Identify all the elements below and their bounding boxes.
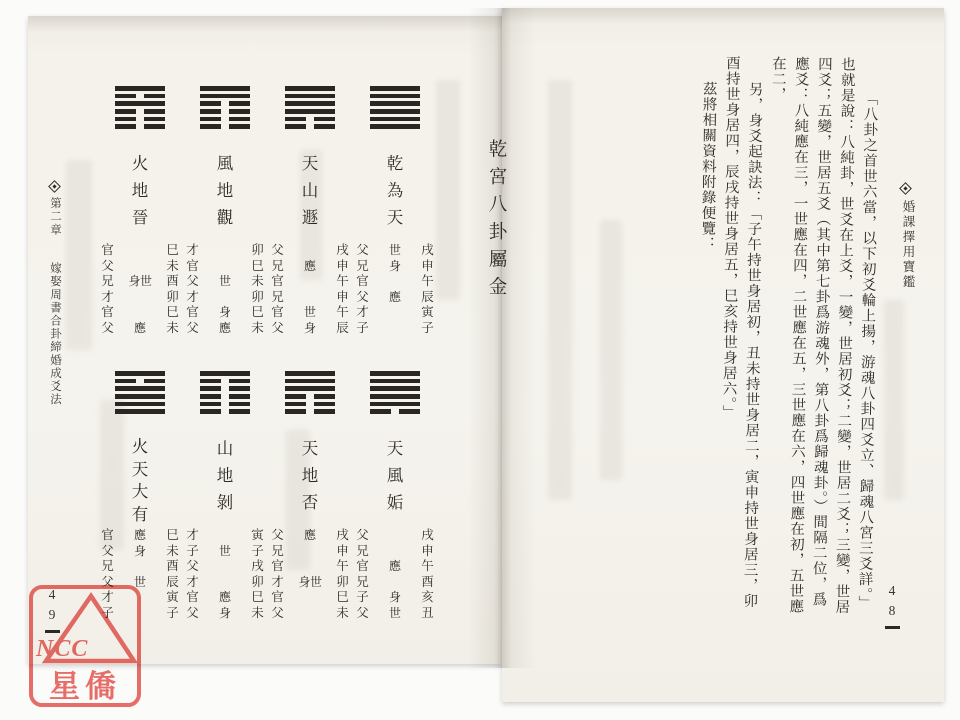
hexagram-group: 父兄官父才子 乾為天 世身應 戌申午辰寅子 — [352, 86, 438, 337]
slot — [213, 528, 237, 544]
yang-line — [285, 386, 335, 391]
yang-line — [285, 86, 335, 91]
slot: 身 — [298, 321, 322, 337]
hexagram-name: 天風姤 — [383, 436, 407, 528]
slot — [383, 305, 407, 321]
markers-column: 應身世 — [298, 528, 322, 622]
yang-line — [200, 371, 250, 376]
name-and-markers: 風地觀 世身應 — [213, 151, 237, 337]
yin-line — [285, 402, 335, 407]
yin-line — [200, 117, 250, 122]
markers-column: 世應身 — [213, 528, 237, 622]
name-char: 地 — [298, 463, 322, 490]
slot: 父 — [185, 274, 200, 290]
hexagram-group: 父兄官才官父 天地否 應身世 戌申午卯巳未 — [267, 371, 353, 622]
slot: 酉 — [420, 575, 435, 591]
yin-line — [370, 409, 420, 414]
yin-line — [115, 94, 165, 99]
yang-line — [370, 379, 420, 384]
name-char: 風 — [213, 151, 237, 178]
slot: 未 — [165, 544, 180, 560]
slot: 應 — [213, 590, 237, 606]
name-char: 有 — [128, 504, 152, 527]
slot: 兄 — [100, 274, 115, 290]
name-and-markers: 天風姤 應身世 — [383, 436, 407, 622]
slot: 官 — [100, 528, 115, 544]
hexagram-symbol — [370, 371, 420, 414]
slot: 子 — [165, 606, 180, 622]
yang-line — [115, 409, 165, 414]
yang-line — [370, 124, 420, 129]
name-and-markers: 天山遯 應世身 — [298, 151, 322, 337]
slot: 兄 — [355, 544, 370, 560]
name-char: 晉 — [128, 205, 152, 232]
slot: 戌 — [335, 528, 350, 544]
slot: 才 — [100, 290, 115, 306]
ink-bleed — [548, 80, 572, 500]
slot: 官 — [270, 274, 285, 290]
relatives-column: 父兄官兄子父 — [355, 436, 370, 622]
slot: 官 — [270, 590, 285, 606]
slot: 父 — [270, 528, 285, 544]
slot: 父 — [100, 544, 115, 560]
slot: 子 — [185, 544, 200, 560]
name-char: 風 — [383, 463, 407, 490]
ink-bleed — [600, 220, 622, 480]
book-gutter — [468, 8, 536, 668]
slot: 官 — [100, 243, 115, 259]
slot: 應 — [383, 559, 407, 575]
slot: 未 — [335, 606, 350, 622]
name-char: 乾 — [383, 151, 407, 178]
slot — [298, 290, 322, 306]
yang-line — [200, 94, 250, 99]
yin-line — [285, 394, 335, 399]
hexagram-detail: 父兄官兄官父 天山遯 應世身 戌申午申午辰 — [267, 151, 353, 337]
hexagram-symbol — [370, 86, 420, 129]
slot: 辰 — [420, 290, 435, 306]
slot: 父 — [355, 243, 370, 259]
yang-line — [285, 101, 335, 106]
yang-line — [115, 394, 165, 399]
branches-column: 戌申午辰寅子 — [420, 151, 435, 337]
slot: 應 — [128, 321, 152, 337]
name-char: 遯 — [298, 205, 322, 232]
slot: 官 — [100, 305, 115, 321]
digit: 4 — [884, 581, 900, 601]
slot — [383, 528, 407, 544]
stamp-text-ncc: NCC — [36, 636, 88, 663]
slot — [298, 544, 322, 560]
slot: 申 — [420, 259, 435, 275]
hexagram-name: 山地剝 — [213, 436, 237, 528]
relatives-column: 官父兄才官父 — [100, 151, 115, 337]
slot — [128, 290, 152, 306]
branches-column: 戌申午申午辰 — [335, 151, 350, 337]
slot: 身 — [128, 544, 152, 560]
slot: 身世 — [298, 575, 322, 591]
slot: 官 — [355, 274, 370, 290]
yang-line — [115, 402, 165, 407]
yin-line — [200, 386, 250, 391]
slot: 兄 — [100, 559, 115, 575]
name-char: 否 — [298, 490, 322, 517]
slot: 未 — [165, 259, 180, 275]
yang-line — [285, 379, 335, 384]
yang-line — [285, 94, 335, 99]
branches-column: 巳未酉辰寅子 — [165, 436, 180, 622]
name-char: 天 — [298, 151, 322, 178]
book-title: 婚課擇用寶鑑 — [899, 200, 917, 290]
slot: 父 — [270, 606, 285, 622]
yang-line — [115, 101, 165, 106]
slot: 兄 — [270, 290, 285, 306]
slot: 兄 — [270, 544, 285, 560]
hexagram-symbol — [115, 371, 165, 414]
slot: 才 — [185, 243, 200, 259]
slot: 兄 — [355, 575, 370, 591]
slot: 父 — [100, 321, 115, 337]
diamond-icon — [899, 182, 912, 195]
slot: 辰 — [335, 321, 350, 337]
yang-line — [370, 101, 420, 106]
name-char: 山 — [213, 436, 237, 463]
hexagram-symbol — [285, 371, 335, 414]
publisher-stamp: NCC 星僑 — [29, 585, 141, 707]
slot: 才 — [355, 305, 370, 321]
yin-line — [285, 124, 335, 129]
hexagram-symbol — [285, 86, 335, 129]
branches-column: 寅子戌卯巳未 — [250, 436, 265, 622]
slot: 申 — [420, 544, 435, 560]
slot: 身 — [213, 305, 237, 321]
slot — [298, 274, 322, 290]
yang-line — [370, 94, 420, 99]
slot — [383, 321, 407, 337]
name-and-markers: 山地剝 世應身 — [213, 436, 237, 622]
name-char: 觀 — [213, 205, 237, 232]
name-char: 地 — [213, 463, 237, 490]
hexagram-name: 風地觀 — [213, 151, 237, 243]
hexagram-symbol — [200, 86, 250, 129]
slot: 卯 — [250, 575, 265, 591]
slot — [128, 305, 152, 321]
slot: 寅 — [250, 528, 265, 544]
chapter-number: 第二章 — [47, 197, 63, 236]
hexagram-symbol — [200, 371, 250, 414]
slot: 身 — [383, 259, 407, 275]
slot: 應 — [383, 290, 407, 306]
slot: 寅 — [165, 590, 180, 606]
slot: 父 — [270, 321, 285, 337]
yang-line — [370, 402, 420, 407]
hexagram-group: 才官父才官父 風地觀 世身應 卯巳未卯巳未 — [182, 86, 268, 337]
yin-line — [200, 379, 250, 384]
slot — [213, 290, 237, 306]
relatives-column: 父兄官才官父 — [270, 436, 285, 622]
slot: 兄 — [355, 259, 370, 275]
hexagram-group: 官父兄才官父 火地晉 身世應 巳未酉卯巳未 — [97, 86, 183, 337]
hexagram-name: 火地晉 — [128, 151, 152, 243]
slot: 酉 — [165, 274, 180, 290]
hexagram-detail: 才官父才官父 風地觀 世身應 卯巳未卯巳未 — [182, 151, 268, 337]
slot: 才 — [185, 290, 200, 306]
branches-column: 戌申午酉亥丑 — [420, 436, 435, 622]
slot — [298, 559, 322, 575]
name-char: 大 — [128, 481, 152, 504]
slot: 巳 — [250, 590, 265, 606]
slot: 才 — [270, 575, 285, 591]
name-char: 天 — [128, 459, 152, 482]
yin-line — [200, 394, 250, 399]
slot: 巳 — [165, 528, 180, 544]
yang-line — [115, 86, 165, 91]
yang-line — [370, 117, 420, 122]
slot: 父 — [355, 606, 370, 622]
slot — [128, 259, 152, 275]
yang-line — [115, 386, 165, 391]
hexagram-detail: 父兄官兄子父 天風姤 應身世 戌申午酉亥丑 — [352, 436, 438, 622]
name-and-markers: 天地否 應身世 — [298, 436, 322, 622]
slot: 兄 — [270, 259, 285, 275]
section-title: 乾宮八卦屬金 — [483, 139, 509, 304]
slot: 午 — [335, 559, 350, 575]
yin-line — [115, 109, 165, 114]
slot: 巳 — [165, 243, 180, 259]
slot: 卯 — [335, 575, 350, 591]
yang-line — [285, 371, 335, 376]
slot: 戌 — [420, 528, 435, 544]
yin-line — [200, 109, 250, 114]
slot — [213, 243, 237, 259]
yin-line — [115, 117, 165, 122]
page-number-rule — [885, 626, 900, 629]
slot: 卯 — [165, 290, 180, 306]
markers-column: 世身應 — [213, 243, 237, 337]
slot: 辰 — [165, 575, 180, 591]
slot: 父 — [270, 243, 285, 259]
slot: 寅 — [420, 305, 435, 321]
name-char: 天 — [383, 205, 407, 232]
slot: 世 — [298, 305, 322, 321]
slot: 應 — [298, 528, 322, 544]
diamond-icon — [48, 180, 61, 193]
hexagram-group: 官父兄父才子 火天大有 應身世 巳未酉辰寅子 — [97, 371, 183, 622]
yin-line — [200, 409, 250, 414]
slot: 官 — [270, 305, 285, 321]
slot: 官 — [185, 305, 200, 321]
slot: 父 — [185, 606, 200, 622]
slot — [128, 559, 152, 575]
hexagram-group: 父兄官兄官父 天山遯 應世身 戌申午申午辰 — [267, 86, 353, 337]
slot: 世 — [213, 544, 237, 560]
name-and-markers: 火地晉 身世應 — [128, 151, 152, 337]
slot: 申 — [335, 544, 350, 560]
slot: 戌 — [335, 243, 350, 259]
slot: 卯 — [250, 243, 265, 259]
slot: 應 — [298, 259, 322, 275]
name-and-markers: 乾為天 世身應 — [383, 151, 407, 337]
hexagram-name: 乾為天 — [383, 151, 407, 243]
slot: 官 — [355, 559, 370, 575]
slot: 應 — [213, 321, 237, 337]
name-char: 地 — [213, 178, 237, 205]
slot: 未 — [250, 274, 265, 290]
slot: 子 — [250, 544, 265, 560]
slot: 戌 — [250, 559, 265, 575]
slot — [213, 259, 237, 275]
slot — [383, 544, 407, 560]
markers-column: 身世應 — [128, 243, 152, 337]
slot: 午 — [420, 559, 435, 575]
hexagram-group: 才子父才官父 山地剝 世應身 寅子戌卯巳未 — [182, 371, 268, 622]
slot: 亥 — [420, 590, 435, 606]
slot: 身世 — [128, 274, 152, 290]
slot: 才 — [185, 528, 200, 544]
name-char: 姤 — [383, 490, 407, 517]
slot: 丑 — [420, 606, 435, 622]
slot: 父 — [355, 290, 370, 306]
relatives-column: 父兄官父才子 — [355, 151, 370, 337]
slot: 未 — [250, 321, 265, 337]
slot — [298, 590, 322, 606]
yang-line — [370, 371, 420, 376]
slot: 父 — [355, 528, 370, 544]
yin-line — [200, 402, 250, 407]
slot: 未 — [165, 321, 180, 337]
hexagram-detail: 官父兄才官父 火地晉 身世應 巳未酉卯巳未 — [97, 151, 183, 337]
hexagram-detail: 父兄官父才子 乾為天 世身應 戌申午辰寅子 — [352, 151, 438, 337]
slot: 巳 — [250, 305, 265, 321]
slot: 父 — [185, 321, 200, 337]
slot: 父 — [100, 259, 115, 275]
slot: 申 — [335, 290, 350, 306]
yin-line — [285, 117, 335, 122]
slot: 子 — [355, 321, 370, 337]
slot — [383, 274, 407, 290]
hexagram-group: 父兄官兄子父 天風姤 應身世 戌申午酉亥丑 — [352, 371, 438, 622]
markers-column: 應身世 — [383, 528, 407, 622]
slot: 巳 — [335, 590, 350, 606]
running-head: 婚課擇用寶鑑 — [898, 183, 914, 290]
slot: 巳 — [165, 305, 180, 321]
ink-bleed — [66, 160, 92, 350]
relatives-column: 才子父才官父 — [185, 436, 200, 622]
body-text: 「八卦之首世六當，以下初爻輪上揚，游魂八卦四爻立、歸魂八宮三爻詳。」也就是說：八… — [685, 55, 881, 641]
name-char: 剝 — [213, 490, 237, 517]
chapter-margin-label: 第二章 嫁娶周書合卦締婚成爻法 — [47, 180, 63, 406]
relatives-column: 父兄官兄官父 — [270, 151, 285, 337]
yin-line — [115, 379, 165, 384]
slot: 未 — [250, 606, 265, 622]
name-char: 山 — [298, 178, 322, 205]
slot: 午 — [420, 274, 435, 290]
slot: 才 — [185, 575, 200, 591]
yin-line — [115, 124, 165, 129]
markers-column: 應世身 — [298, 243, 322, 337]
chapter-title: 嫁娶周書合卦締婚成爻法 — [47, 262, 63, 406]
ink-bleed — [436, 80, 460, 300]
ink-bleed — [884, 300, 904, 500]
yin-line — [285, 409, 335, 414]
slot — [298, 243, 322, 259]
slot: 申 — [335, 259, 350, 275]
page-number-right: 4 8 — [884, 581, 900, 629]
slot: 應 — [128, 528, 152, 544]
slot — [213, 559, 237, 575]
hexagram-name: 火天大有 — [128, 436, 152, 528]
slot: 世 — [383, 243, 407, 259]
branches-column: 戌申午卯巳未 — [335, 436, 350, 622]
slot: 身 — [383, 590, 407, 606]
slot: 子 — [355, 590, 370, 606]
hexagram-detail: 父兄官才官父 天地否 應身世 戌申午卯巳未 — [267, 436, 353, 622]
slot: 子 — [420, 321, 435, 337]
slot: 卯 — [250, 290, 265, 306]
hexagram-symbol — [115, 86, 165, 129]
hexagram-name: 天地否 — [298, 436, 322, 528]
slot: 父 — [185, 559, 200, 575]
branches-column: 卯巳未卯巳未 — [250, 151, 265, 337]
hexagram-detail: 才子父才官父 山地剝 世應身 寅子戌卯巳未 — [182, 436, 268, 622]
branches-column: 巳未酉卯巳未 — [165, 151, 180, 337]
slot — [213, 575, 237, 591]
yang-line — [370, 86, 420, 91]
yang-line — [200, 86, 250, 91]
name-char: 天 — [383, 436, 407, 463]
name-char: 天 — [298, 436, 322, 463]
markers-column: 世身應 — [383, 243, 407, 337]
slot: 官 — [185, 259, 200, 275]
slot — [128, 243, 152, 259]
slot: 官 — [270, 559, 285, 575]
slot: 世 — [213, 274, 237, 290]
slot: 巳 — [250, 259, 265, 275]
slot: 酉 — [165, 559, 180, 575]
name-char: 為 — [383, 178, 407, 205]
yin-line — [200, 101, 250, 106]
name-char: 地 — [128, 178, 152, 205]
slot — [383, 575, 407, 591]
slot — [298, 606, 322, 622]
slot: 身 — [213, 606, 237, 622]
stamp-text-name: 星僑 — [33, 661, 137, 706]
hexagram-name: 天山遯 — [298, 151, 322, 243]
slot: 午 — [335, 305, 350, 321]
yang-line — [285, 109, 335, 114]
relatives-column: 才官父才官父 — [185, 151, 200, 337]
yang-line — [370, 386, 420, 391]
name-char: 火 — [128, 436, 152, 459]
yang-line — [370, 109, 420, 114]
digit: 8 — [884, 601, 900, 621]
yang-line — [115, 371, 165, 376]
slot: 戌 — [420, 243, 435, 259]
yin-line — [200, 124, 250, 129]
slot: 午 — [335, 274, 350, 290]
name-char: 火 — [128, 151, 152, 178]
slot: 官 — [185, 590, 200, 606]
slot: 世 — [383, 606, 407, 622]
yang-line — [370, 394, 420, 399]
